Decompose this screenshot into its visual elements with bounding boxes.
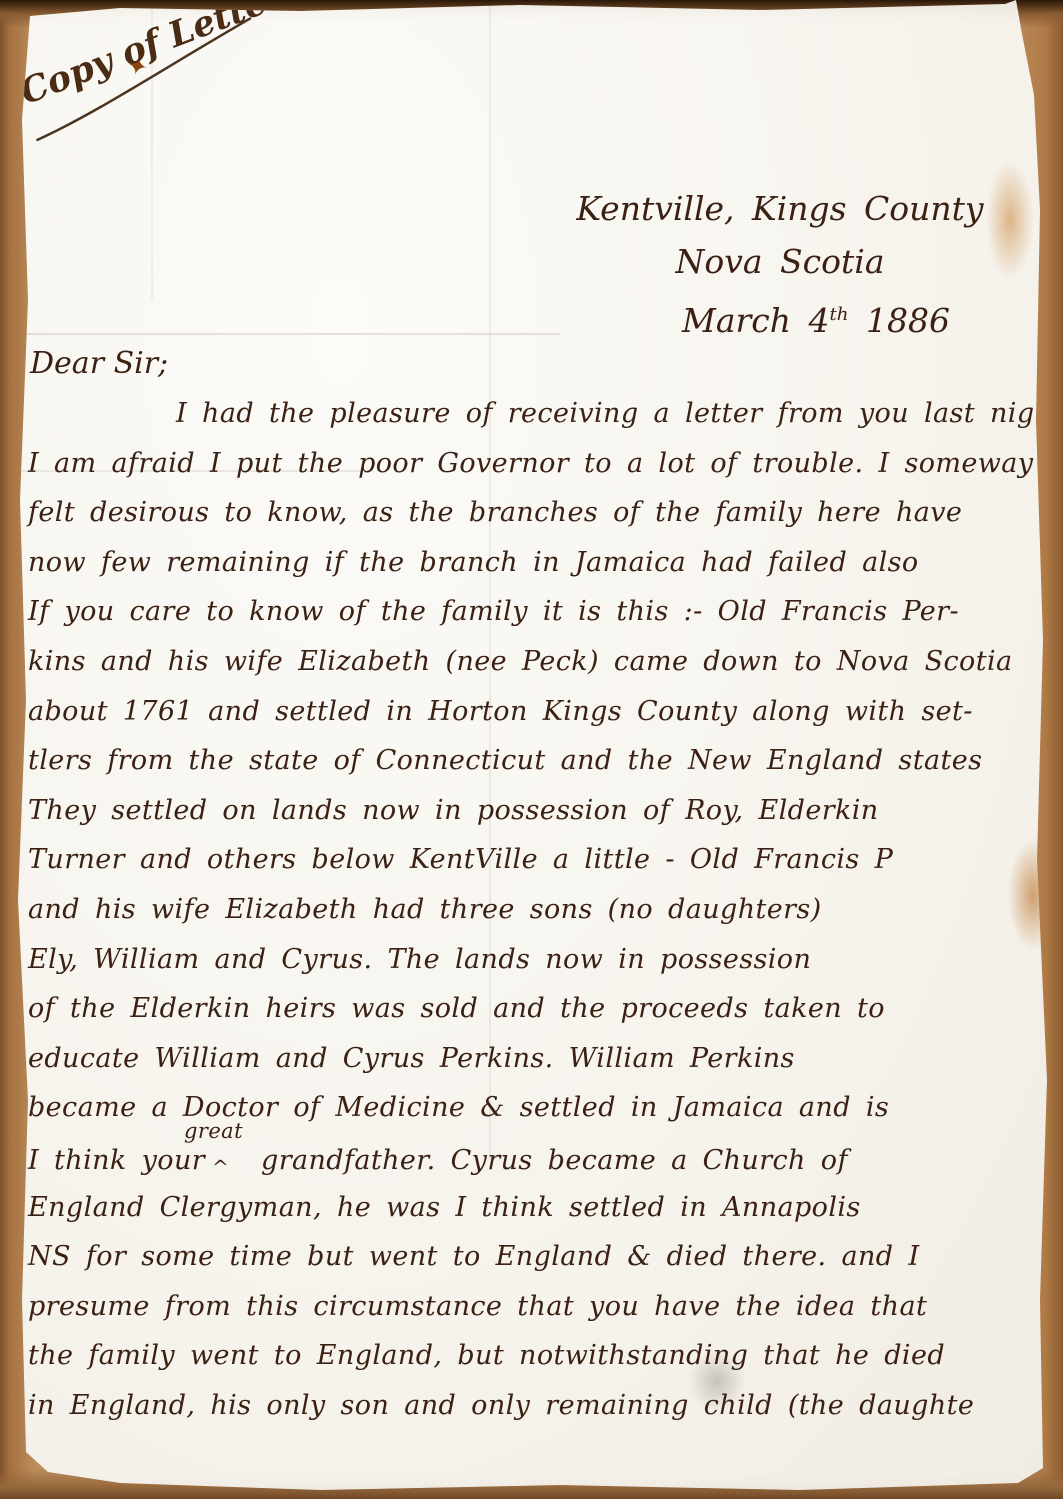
body-line: in England, his only son and only remain…: [28, 1390, 1040, 1440]
letter-paper: ✦ Copy of Letter Kentville, Kings County…: [0, 0, 1063, 1499]
caret-mark: ^: [212, 1155, 229, 1179]
scanned-letter-page: { "annotation": { "text": "Copy of Lette…: [0, 0, 1063, 1499]
letter-heading: Kentville, Kings County Nova Scotia Marc…: [545, 182, 1015, 347]
salutation: Dear Sir;: [30, 346, 168, 381]
inserted-word-text: great: [184, 1119, 243, 1143]
body-line: educate William and Cyrus Perkins. Willi…: [28, 1043, 1040, 1093]
body-line: I had the pleasure of receiving a letter…: [28, 398, 1040, 448]
inserted-word: great^: [220, 1142, 246, 1169]
heading-place: Kentville, Kings County: [545, 182, 1015, 235]
body-line: now few remaining if the branch in Jamai…: [28, 547, 1040, 597]
heading-date: March 4th 1886: [545, 288, 1015, 347]
body-line: If you care to know of the family it is …: [28, 596, 1040, 646]
line-text: I think your: [28, 1145, 220, 1176]
fold-crease: [0, 333, 560, 335]
heading-date-ordinal: th: [830, 304, 849, 325]
heading-date-day: March 4: [682, 301, 829, 340]
body-line: the family went to England, but notwiths…: [28, 1340, 1040, 1390]
body-line: became a Doctor of Medicine & settled in…: [28, 1092, 1040, 1142]
heading-date-year: 1886: [848, 301, 949, 340]
body-line: They settled on lands now in possession …: [28, 795, 1040, 845]
annotation-copy-of-letter: Copy of Letter: [15, 0, 301, 141]
body-line: I am afraid I put the poor Governor to a…: [28, 448, 1040, 498]
body-line: felt desirous to know, as the branches o…: [28, 497, 1040, 547]
body-line: and his wife Elizabeth had three sons (n…: [28, 894, 1040, 944]
letter-body: I had the pleasure of receiving a letter…: [28, 398, 1040, 1439]
body-line: I think your great^ grandfather. Cyrus b…: [28, 1142, 1040, 1192]
body-line: Ely, William and Cyrus. The lands now in…: [28, 944, 1040, 994]
line-text: grandfather. Cyrus became a Church of: [246, 1145, 848, 1176]
body-line: Turner and others below KentVille a litt…: [28, 844, 1040, 894]
body-line: of the Elderkin heirs was sold and the p…: [28, 993, 1040, 1043]
body-line: NS for some time but went to England & d…: [28, 1241, 1040, 1291]
body-line: England Clergyman, he was I think settle…: [28, 1192, 1040, 1242]
body-line: tlers from the state of Connecticut and …: [28, 745, 1040, 795]
body-line: about 1761 and settled in Horton Kings C…: [28, 696, 1040, 746]
body-line: kins and his wife Elizabeth (nee Peck) c…: [28, 646, 1040, 696]
body-line: presume from this circumstance that you …: [28, 1291, 1040, 1341]
heading-region: Nova Scotia: [545, 235, 1015, 288]
